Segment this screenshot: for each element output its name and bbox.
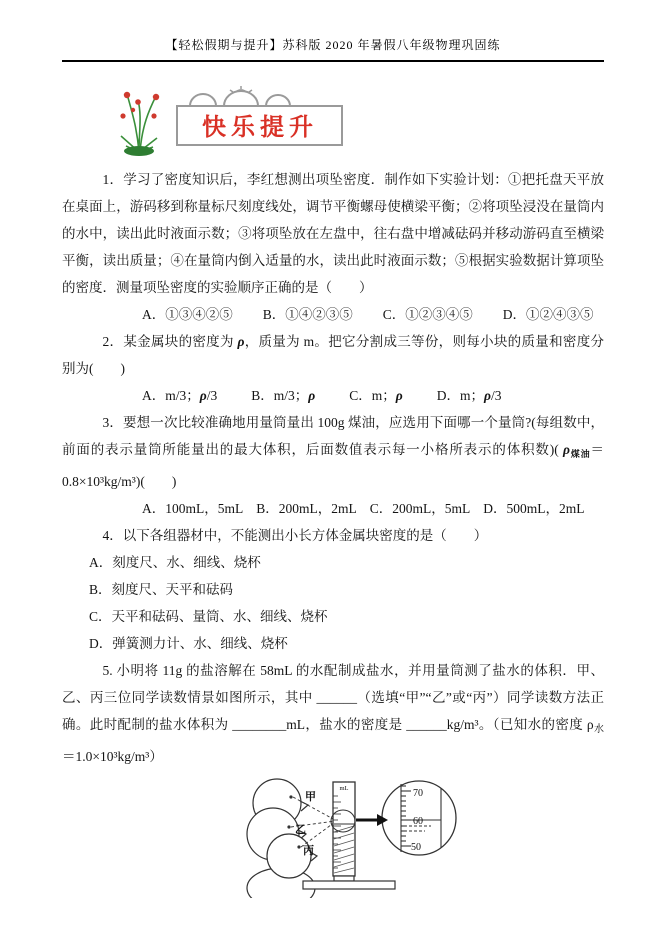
question-3-stem: 3．要想一次比较准确地用量筒量出 100g 煤油，应选用下面哪一个量筒?(每组数… [62, 409, 604, 495]
q1-option-b: B．①④②③⑤ [263, 301, 353, 328]
cylinder-unit-label: mL [339, 785, 348, 792]
q5-stem-text: 5. 小明将 11g 的盐溶解在 58mL 的水配制成盐水，并用量筒测了盐水的体… [62, 663, 604, 732]
section-logo: 快乐提升 [108, 84, 604, 156]
q2-option-b: B．m/3；ρ [251, 382, 315, 409]
rho-symbol: ρ [200, 388, 207, 403]
question-2-stem: 2．某金属块的密度为 ρ，质量为 m。把它分割成三等份，则每小块的质量和密度分别… [62, 328, 604, 382]
question-3-options: A．100mL，5mL B．200mL，2mL C．200mL，5mL D．50… [142, 495, 604, 522]
worksheet-page: 【轻松假期与提升】苏科版 2020 年暑假八年级物理巩固练 [0, 0, 661, 903]
question-2-options: A．m/3；ρ/3 B．m/3；ρ C．m；ρ D．m；ρ/3 [142, 382, 604, 409]
rho-symbol: ρ [396, 388, 403, 403]
banner-text: 快乐提升 [202, 113, 318, 141]
q4-option-d: D．弹簧测力计、水、细线、烧杯 [89, 630, 604, 657]
label-observer-bing: 丙 [303, 843, 314, 857]
question-1-stem: 1．学习了密度知识后，李红想测出项坠密度．制作如下实验计划：①把托盘天平放在桌面… [62, 166, 604, 301]
q4-option-a: A．刻度尺、水、细线、烧杯 [89, 549, 604, 576]
question-5-figure: 甲 乙 丙 mL [237, 776, 604, 903]
q2-option-a: A．m/3；ρ/3 [142, 382, 217, 409]
cloud-icon [190, 91, 290, 106]
q3-stem-text: 3．要想一次比较准确地用量筒量出 100g 煤油，应选用下面哪一个量筒?(每组数… [62, 415, 604, 457]
q3-option-b: B．200mL，2mL [256, 495, 357, 522]
rho-symbol: ρ [308, 388, 315, 403]
question-5-stem: 5. 小明将 11g 的盐溶解在 58mL 的水配制成盐水，并用量筒测了盐水的体… [62, 657, 604, 770]
q1-option-a: A．①③④②⑤ [142, 301, 233, 328]
rho-subscript: 煤油 [570, 449, 591, 459]
q4-option-b: B．刻度尺、天平和砝码 [89, 576, 604, 603]
header-divider [62, 60, 604, 62]
flower-icon [108, 86, 170, 156]
scale-label-50: 50 [411, 842, 421, 853]
q2-c-text: C．m； [349, 388, 396, 403]
rho-water-subscript: 水 [594, 724, 604, 735]
scale-label-70: 70 [413, 788, 423, 799]
label-observer-yi: 乙 [295, 823, 306, 836]
q5-stem-text-2: ＝1.0×10³kg/m³） [62, 749, 163, 764]
label-observer-jia: 甲 [305, 790, 316, 803]
banner: 快乐提升 [174, 85, 346, 154]
q2-option-d: D．m；ρ/3 [437, 382, 502, 409]
q3-option-a: A．100mL，5mL [142, 495, 243, 522]
q2-a-text: A．m/3； [142, 388, 200, 403]
q4-option-c: C．天平和砝码、量筒、水、细线、烧杯 [89, 603, 604, 630]
rho-symbol: ρ [484, 388, 491, 403]
cylinder-stand [303, 876, 395, 889]
question-4-stem: 4．以下各组器材中，不能测出小长方体金属块密度的是（ ） [62, 522, 604, 549]
q3-option-c: C．200mL，5mL [370, 495, 471, 522]
rho-symbol: ρ [563, 442, 570, 457]
q2-d-text: D．m； [437, 388, 484, 403]
scale-label-60: 60 [413, 816, 423, 827]
q2-d-text-2: /3 [491, 388, 502, 403]
q2-stem-text: 2．某金属块的密度为 [103, 334, 238, 349]
q2-a-text-2: /3 [207, 388, 218, 403]
q1-option-c: C．①②③④⑤ [383, 301, 473, 328]
q3-option-d: D．500mL，2mL [483, 495, 584, 522]
question-1-options: A．①③④②⑤ B．①④②③⑤ C．①②③④⑤ D．①②④③⑤ [142, 301, 604, 328]
q2-option-c: C．m；ρ [349, 382, 402, 409]
document-title: 【轻松假期与提升】苏科版 2020 年暑假八年级物理巩固练 [62, 36, 604, 53]
q1-option-d: D．①②④③⑤ [503, 301, 594, 328]
q2-b-text: B．m/3； [251, 388, 308, 403]
